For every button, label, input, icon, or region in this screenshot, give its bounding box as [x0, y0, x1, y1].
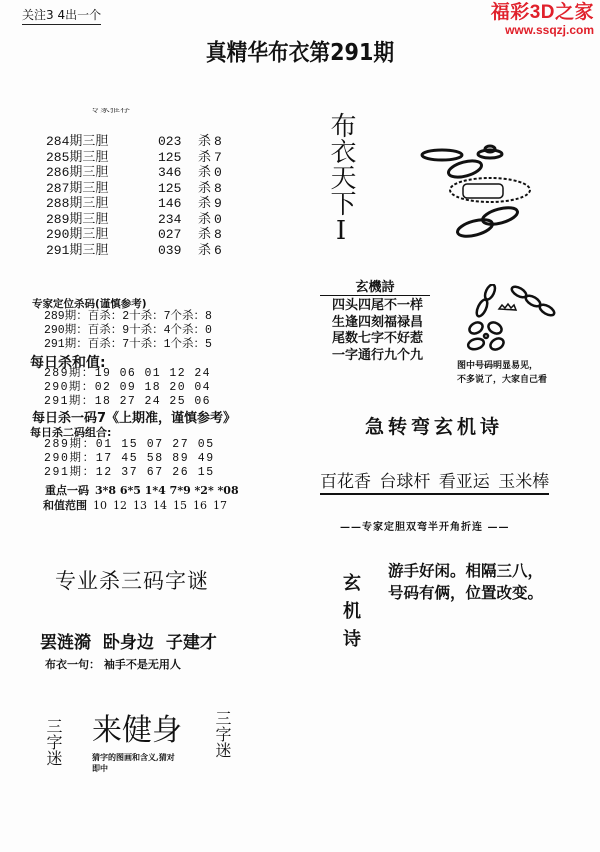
poem-line: 尾数七字不好惹 [332, 331, 423, 348]
sum-range-label: 和值范围 [43, 499, 87, 512]
drawing-note: 图中号码明显易见， 不多说了，大家自己看 [457, 359, 547, 387]
three-char-riddle-label-left: 三字迷 [42, 718, 65, 766]
kill-two-row: 289期：01 15 07 27 05 [44, 438, 215, 452]
cloth-saying: 布衣一句： 袖手不是无用人 [45, 656, 181, 672]
brain-teaser-title: 急转弯玄机诗 [365, 412, 503, 439]
kill-two-row: 290期：17 45 58 89 49 [44, 452, 215, 466]
three-char-riddle-label-right: 三字迷 [211, 710, 234, 758]
expert-position-title: 专家定位杀码(谨慎参考) [32, 296, 147, 311]
brand-logo[interactable]: 福彩3D之家 www.ssqzj.com [491, 2, 594, 37]
dan-row: 288期三胆146杀9 [46, 196, 222, 212]
number-drawing-image [415, 138, 550, 238]
riddle-words: 罢涟漪 卧身边 子建才 [40, 628, 217, 653]
drawing-note-line: 图中号码明显易见， [457, 359, 547, 373]
focus-note: 关注3 4出一个 [22, 6, 101, 25]
expert-position-list: 289期：百杀：2十杀：7个杀：8 290期：百杀：9十杀：4个杀：0 291期… [44, 310, 212, 352]
dan-row: 291期三胆039杀6 [46, 243, 222, 259]
focus-code-label: 重点一码 [45, 484, 89, 497]
chain-drawing-image [462, 284, 562, 352]
riddle-note: 猜字的图画和含义,猜对即中 [92, 752, 176, 774]
sum-range-value: 16 [193, 499, 207, 512]
dan-row: 290期三胆027杀8 [46, 227, 222, 243]
riddle-title: 专业杀三码字谜 [55, 565, 209, 595]
poem-line: 号码有俩，位置改变。 [388, 582, 543, 604]
dan-row: 285期三胆125杀7 [46, 150, 222, 166]
focus-code-row: 重点一码3*8 6*5 1*4 7*9 *2* *08 [45, 482, 239, 498]
sum-range-value: 15 [173, 499, 187, 512]
xuanji-poem: 游手好闲。相隔三八， 号码有俩，位置改变。 [388, 560, 543, 604]
sum-range-value: 14 [153, 499, 167, 512]
poem-line: 一字通行九个九 [332, 348, 423, 365]
focus-code-values: 3*8 6*5 1*4 7*9 *2* *08 [95, 484, 239, 497]
xuanji-vertical-title: 玄机诗 [336, 573, 365, 657]
dan-row: 286期三胆346杀0 [46, 165, 222, 181]
daily-sum-list: 289期：19 06 01 12 24 290期：02 09 18 20 04 … [44, 367, 211, 409]
riddle-main-text: 来健身 [92, 705, 182, 749]
brain-teaser-words: 百花香 台球杆 看亚运 玉米棒 [320, 467, 549, 495]
dan-row: 289期三胆234杀0 [46, 212, 222, 228]
brand-name: 福彩3D之家 [491, 2, 594, 23]
expert-dan-banner: ——专家定胆双弯半开角折连 —— [340, 518, 509, 533]
sum-range-row: 和值范围10121314151617 [43, 497, 233, 513]
dan-row: 284期三胆023杀8 [46, 134, 222, 150]
mystery-poem-title: 玄機詩 [320, 280, 430, 296]
kill-two-row: 291期：12 37 67 26 15 [44, 466, 215, 480]
sum-range-value: 12 [113, 499, 127, 512]
expert-position-row: 291期：百杀：7十杀：1个杀：5 [44, 338, 212, 352]
expert-position-row: 289期：百杀：2十杀：7个杀：8 [44, 310, 212, 324]
kill-two-list: 289期：01 15 07 27 05 290期：17 45 58 89 49 … [44, 438, 215, 480]
dan-list: 284期三胆023杀8 285期三胆125杀7 286期三胆346杀0 287期… [46, 134, 222, 258]
sum-range-value: 13 [133, 499, 147, 512]
sum-range-value: 10 [93, 499, 107, 512]
daily-sum-row: 289期：19 06 01 12 24 [44, 367, 211, 381]
dan-row: 287期三胆125杀8 [46, 181, 222, 197]
poem-line: 生逢四刻福禄昌 [332, 315, 423, 332]
buyi-vertical-title: 布衣天下I [325, 112, 356, 246]
drawing-note-line: 不多说了，大家自己看 [457, 373, 547, 387]
daily-sum-row: 290期：02 09 18 20 04 [44, 381, 211, 395]
mystery-poem: 四头四尾不一样 生逢四刻福禄昌 尾数七字不好惹 一字通行九个九 [332, 298, 423, 364]
page-title: 真精华布衣第291期 [30, 34, 570, 67]
expert-position-row: 290期：百杀：9十杀：4个杀：0 [44, 324, 212, 338]
sum-range-value: 17 [213, 499, 227, 512]
poem-line: 游手好闲。相隔三八， [388, 560, 543, 582]
dan-section-title: 专家推荐 [90, 108, 130, 116]
poem-line: 四头四尾不一样 [332, 298, 423, 315]
